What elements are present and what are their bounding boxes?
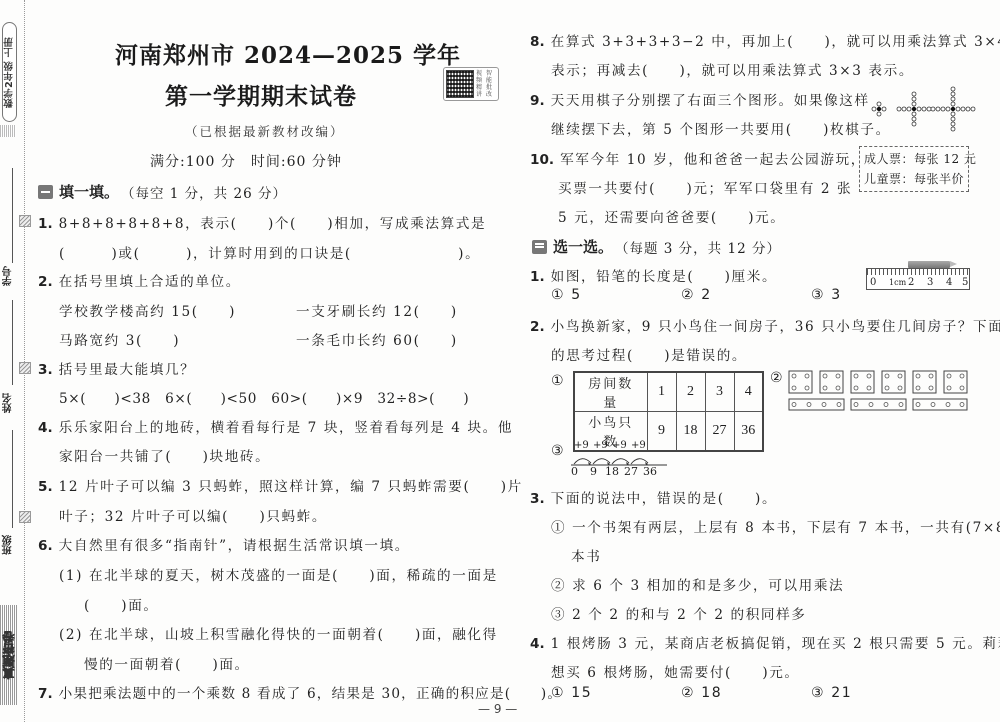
bird-houses-figure: [788, 370, 972, 412]
q5-line2: 叶子；32 片叶子可以编( )只蚂蚱。: [59, 505, 327, 525]
q9-line1: 9.天天用棋子分别摆了右面三个图形。如果像这样: [530, 89, 870, 109]
question-number: 4.: [530, 636, 545, 652]
difficulty-icon: [19, 511, 31, 523]
q2-line1: 2.在括号里填上合适的单位。: [38, 270, 241, 290]
question-text: 12 片叶子可以编 3 只蚂蚱，照这样计算，编 7 只蚂蚱需要( )片: [59, 479, 523, 495]
q3-line2: 5×( )<38 6×( )<50 60>( )×9 32÷8>( ): [59, 387, 469, 407]
pencil-icon: [908, 261, 950, 268]
q7-line1: 7.小果把乘法题中的一个乘数 8 看成了 6，结果是 30，正确的积应是( )。: [38, 682, 562, 702]
difficulty-icon: [19, 215, 31, 227]
question-text: 8+8+8+8+8+8，表示( )个( )相加，写成乘法算式是: [59, 216, 487, 232]
qr-char: 能: [486, 77, 496, 84]
qr-char: 改: [486, 91, 496, 98]
q6-part1-line1: (1) 在北半球的夏天，树木茂盛的一面是( )面，稀疏的一面是: [59, 564, 498, 584]
exam-title-line2: 第一学期期末试卷: [165, 78, 357, 111]
q6-part2-line1: (2) 在北半球，山坡上积雪融化得快的一面朝着( )面，融化得: [59, 623, 498, 643]
grade-tab: 数学2年级 上册: [2, 22, 17, 122]
child-ticket-price: 儿童票：每张半价: [864, 169, 964, 189]
grade-tab-label: 数学2年级 上册: [3, 37, 17, 108]
s2-q2-line2: 的思考过程( )是错误的。: [551, 344, 747, 364]
step-label: +9: [574, 440, 589, 451]
q6-line1: 6.大自然里有很多“指南针”，请根据生活常识填一填。: [38, 534, 410, 554]
step-label: +9: [612, 440, 627, 451]
qr-char: 批: [486, 84, 496, 91]
section2-note: （每题 3 分，共 12 分）: [615, 237, 781, 257]
question-text: 大自然里有很多“指南针”，请根据生活常识填一填。: [59, 538, 410, 554]
ruler-label: 3: [927, 277, 946, 288]
name-label: 姓名: [1, 393, 16, 413]
s2-q1-option1[interactable]: ① 5: [551, 287, 582, 303]
tick-label: 27: [624, 465, 638, 478]
qr-caption: 视 频 精 讲 智 能 批 改: [476, 70, 496, 98]
ruler-label: 5: [962, 277, 968, 288]
question-number: 1.: [38, 216, 53, 232]
fill-line: [12, 168, 13, 263]
ruler-labels: 0 1cm 2 3 4: [870, 277, 972, 288]
q2-item1: 学校教学楼高约 15( ): [59, 300, 236, 320]
qr-char: 精: [476, 84, 486, 91]
question-number: 5.: [38, 479, 53, 495]
question-number: 8.: [530, 34, 545, 50]
question-text: 下面的说法中，错误的是( )。: [551, 491, 778, 507]
q4-line2: 家阳台一共铺了( )块地砖。: [59, 445, 270, 465]
option-marker-2[interactable]: ②: [770, 370, 784, 386]
section1-title: 填一填。: [59, 181, 119, 202]
table-cell: 4: [734, 372, 763, 412]
s2-q2-line1: 2.小鸟换新家，9 只小鸟住一间房子，36 只小鸟要住几间房子？下面: [530, 315, 1000, 335]
table-row-label: 房间数量: [574, 372, 647, 412]
section-number-icon: [38, 185, 53, 199]
section2-title: 选一选。: [553, 236, 613, 257]
step-label: +9: [593, 440, 608, 451]
q5-line1: 5.12 片叶子可以编 3 只蚂蚱，照这样计算，编 7 只蚂蚱需要( )片: [38, 475, 523, 495]
qr-char: 视: [476, 70, 486, 77]
question-text: 军军今年 10 岁，他和爸爸一起去公园游玩，: [560, 152, 866, 168]
ruler-label: 2: [908, 277, 927, 288]
qr-char: 讲: [476, 91, 486, 98]
q10-line2: 买票一共要付( )元；军军口袋里有 2 张: [558, 177, 852, 197]
qr-char: 频: [476, 77, 486, 84]
question-text: 小鸟换新家，9 只小鸟住一间房子，36 只小鸟要住几间房子？下面: [551, 319, 1000, 335]
difficulty-icon: [19, 362, 31, 374]
pencil-tip-icon: [950, 261, 957, 267]
table-row: 房间数量 1 2 3 4: [574, 372, 763, 412]
tab-decoration: [0, 125, 16, 137]
s2-q4-option1[interactable]: ① 15: [551, 685, 592, 701]
exam-meta: 满分:100 分 时间:60 分钟: [150, 151, 342, 171]
s2-q1-line1: 1.如图，铅笔的长度是( )厘米。: [530, 265, 777, 285]
question-text: 小果把乘法题中的一个乘数 8 看成了 6，结果是 30，正确的积应是( )。: [59, 686, 563, 702]
section2-heading: 选一选。 （每题 3 分，共 12 分）: [532, 236, 781, 257]
tick-label: 9: [590, 465, 597, 478]
table-cell: 18: [676, 412, 705, 452]
question-number: 6.: [38, 538, 53, 554]
page-number: — 9 —: [478, 702, 517, 716]
q4-line1: 4.乐乐家阳台上的地砖，横着看每行是 7 块，竖着看每列是 4 块。他: [38, 416, 513, 436]
adult-ticket-price: 成人票：每张 12 元: [864, 149, 964, 169]
question-number: 2.: [530, 319, 545, 335]
ruler-label: 1cm: [889, 277, 908, 288]
exam-subtitle: （已根据最新教材改编）: [185, 122, 345, 140]
qr-code-icon[interactable]: [446, 70, 474, 98]
q10-line3: 5 元，还需要向爸爸要( )元。: [558, 206, 786, 226]
question-number: 1.: [530, 269, 545, 285]
table-cell: 27: [705, 412, 734, 452]
question-number: 9.: [530, 93, 545, 109]
s2-q3-option3[interactable]: ③ 2 个 2 的和与 2 个 2 的积同样多: [551, 603, 807, 623]
number-line-figure: +9 +9 +9 +9 0 9 18 27 36: [571, 440, 671, 480]
section1-note: （每空 1 分，共 26 分）: [121, 182, 287, 202]
tick-label: 0: [571, 465, 578, 478]
question-text: 1 根烤肠 3 元，某商店老板搞促销，现在买 2 根只需要 5 元。莉莉: [551, 636, 1000, 652]
q2-item4: 一条毛巾长约 60( ): [296, 329, 458, 349]
brand-text: 真题密卷: [0, 631, 17, 679]
student-no-label: 学号: [1, 266, 16, 286]
ruler-figure: 0 1cm 2 3 4 5: [866, 268, 970, 290]
q1-line2: ( )或( )，计算时用到的口诀是( )。: [59, 242, 480, 262]
table-cell: 1: [647, 372, 676, 412]
q6-part2-line2: 慢的一面朝着( )面。: [84, 653, 250, 673]
s2-q4-option2[interactable]: ② 18: [681, 685, 722, 701]
question-number: 3.: [38, 362, 53, 378]
q9-line2: 继续摆下去，第 5 个图形一共要用( )枚棋子。: [551, 118, 891, 138]
tick-label: 36: [643, 465, 657, 478]
ticket-price-box: 成人票：每张 12 元 儿童票：每张半价: [859, 146, 969, 192]
section1-heading: 填一填。 （每空 1 分，共 26 分）: [38, 181, 287, 202]
s2-q3-option1-cont: 本书: [571, 545, 601, 565]
question-text: 如图，铅笔的长度是( )厘米。: [551, 269, 778, 285]
s2-q1-option2[interactable]: ② 2: [681, 287, 712, 303]
question-text: 括号里最大能填几？: [59, 362, 196, 378]
q2-item3: 马路宽约 3( ): [59, 329, 180, 349]
tick-label: 18: [605, 465, 619, 478]
ruler-ticks: [867, 269, 969, 275]
q8-line2: 表示；再减去( )，就可以用乘法算式 3×3 表示。: [551, 59, 914, 79]
step-label: +9: [631, 440, 646, 451]
name-line: [12, 430, 13, 528]
q3-line1: 3.括号里最大能填几？: [38, 358, 195, 378]
question-text: 天天用棋子分别摆了右面三个图形。如果像这样: [551, 93, 870, 109]
binding-line: [24, 0, 25, 722]
brand-stamp: 真题密卷: [0, 605, 17, 705]
q1-line1: 1.8+8+8+8+8+8，表示( )个( )相加，写成乘法算式是: [38, 212, 486, 232]
question-text: 乐乐家阳台上的地砖，横着看每行是 7 块，竖着看每列是 4 块。他: [59, 420, 513, 436]
question-number: 10.: [530, 152, 554, 168]
q10-line1: 10.军军今年 10 岁，他和爸爸一起去公园游玩，: [530, 148, 866, 168]
s2-q3-option2[interactable]: ② 求 6 个 3 相加的和是多少，可以用乘法: [551, 574, 844, 594]
s2-q4-option3[interactable]: ③ 21: [811, 685, 852, 701]
qr-code-block[interactable]: 视 频 精 讲 智 能 批 改: [443, 67, 499, 101]
question-number: 3.: [530, 491, 545, 507]
s2-q3-option1[interactable]: ① 一个书架有两层，上层有 8 本书，下层有 7 本书，一共有(7×8): [551, 516, 1000, 536]
question-text: 在括号里填上合适的单位。: [59, 274, 241, 290]
option-marker-3[interactable]: ③: [551, 443, 565, 459]
question-number: 7.: [38, 686, 53, 702]
question-text: 在算式 3+3+3+3−2 中，再加上( )，就可以用乘法算式 3×4: [551, 34, 1000, 50]
table-cell: 3: [705, 372, 734, 412]
question-number: 4.: [38, 420, 53, 436]
section-number-icon: [532, 240, 547, 254]
student-no-line: [12, 300, 13, 385]
option-marker-1[interactable]: ①: [551, 373, 565, 389]
table-cell: 2: [676, 372, 705, 412]
s2-q4-line1: 4.1 根烤肠 3 元，某商店老板搞促销，现在买 2 根只需要 5 元。莉莉: [530, 632, 1000, 652]
q8-line1: 8.在算式 3+3+3+3−2 中，再加上( )，就可以用乘法算式 3×4: [530, 30, 1000, 50]
q2-item2: 一支牙刷长约 12( ): [296, 300, 458, 320]
qr-char: 智: [486, 70, 496, 77]
s2-q1-option3[interactable]: ③ 3: [811, 287, 842, 303]
q6-part1-line2: ( )面。: [84, 594, 159, 614]
table-cell: 36: [734, 412, 763, 452]
ruler-label: 0: [870, 277, 889, 288]
chess-pattern-figures: [870, 86, 1000, 134]
s2-q4-line2: 想买 6 根烤肠，她需要付( )元。: [551, 661, 800, 681]
s2-q3-line1: 3.下面的说法中，错误的是( )。: [530, 487, 777, 507]
class-label: 班级: [1, 535, 16, 555]
exam-title-line1: 河南郑州市 2024—2025 学年: [115, 37, 461, 70]
question-number: 2.: [38, 274, 53, 290]
